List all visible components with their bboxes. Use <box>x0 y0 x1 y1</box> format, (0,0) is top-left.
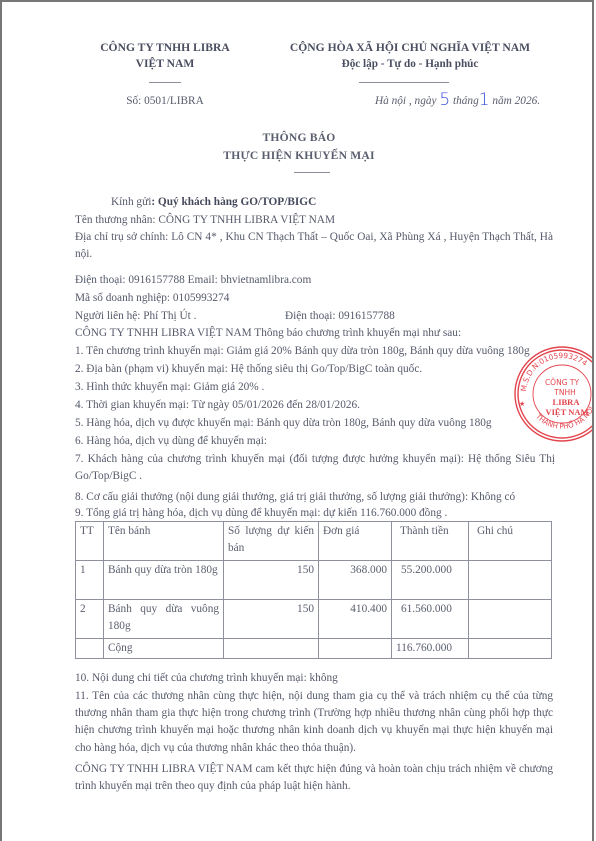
merchant-name: Tên thương nhân: CÔNG TY TNHH LIBRA VIỆT… <box>75 212 335 229</box>
row-quantity: 150 <box>224 600 319 639</box>
row-product-name: Bánh quy dừa tròn 180g <box>104 561 224 600</box>
item-4-period: 4. Thời gian khuyến mại: Từ ngày 05/01/2… <box>75 397 360 414</box>
item-7-customers: 7. Khách hàng của chương trình khuyến mạ… <box>75 451 555 485</box>
header-unit-price: Đơn giá <box>319 522 392 561</box>
sum-total: 116.760.000 <box>392 639 469 659</box>
date-month-label: tháng <box>453 95 479 107</box>
row-quantity: 150 <box>224 561 319 600</box>
contact-person: Người liên hệ: Phí Thị Út . <box>75 308 196 325</box>
row-note <box>469 561 552 600</box>
date-month-handwritten: 1 <box>479 90 490 110</box>
greeting: Kính gửi: Quý khách hàng GO/TOP/BIGC <box>111 194 316 211</box>
row-amount: 61.560.000 <box>392 600 469 639</box>
company-name-line1: CÔNG TY TNHH LIBRA <box>70 39 260 56</box>
table-row: 2 Bánh quy dừa vuông 180g 150 410.400 61… <box>76 600 552 639</box>
right-header-divider <box>359 82 449 83</box>
seal-star-icon: ★ <box>519 400 525 408</box>
item-3-form: 3. Hình thức khuyến mại: Giảm giá 20% . <box>75 379 264 396</box>
title-divider <box>294 172 330 173</box>
table-sum-row: Cộng 116.760.000 <box>76 639 552 659</box>
seal-center-line2: TNHH <box>553 388 575 397</box>
greeting-label: Kính gửi <box>111 196 151 208</box>
item-6-promo-goods: 6. Hàng hóa, dịch vụ dùng để khuyến mại: <box>75 433 267 450</box>
date-year: năm 2026. <box>492 95 540 107</box>
left-header-divider <box>149 82 181 83</box>
company-seal-stamp: M.S.D.N:0105993274 THÀNH PHỐ HÀ NỘI ★ CÔ… <box>512 344 594 444</box>
contact-phone: Điện thoại: 0916157788 <box>285 308 395 325</box>
header-note: Ghi chú <box>469 522 552 561</box>
row-note <box>469 600 552 639</box>
header-product-name: Tên bánh <box>104 522 224 561</box>
row-tt: 1 <box>76 561 104 600</box>
header-quantity: Số lượng dự kiến bán <box>224 522 319 561</box>
title-line2: THỰC HIỆN KHUYẾN MẠI <box>2 147 594 164</box>
sum-note-empty <box>469 639 552 659</box>
announcement-line: CÔNG TY TNHH LIBRA VIỆT NAM Thông báo ch… <box>75 325 461 342</box>
item-11-co-merchants: 11. Tên của các thương nhân cùng thực hi… <box>75 688 553 757</box>
phone-email: Điện thoại: 0916157788 Email: bhvietnaml… <box>75 272 311 289</box>
seal-center-line1: CÔNG TY <box>545 378 580 387</box>
row-amount: 55.200.000 <box>392 561 469 600</box>
row-tt: 2 <box>76 600 104 639</box>
item-8-prize-structure: 8. Cơ cấu giải thưởng (nội dung giải thư… <box>75 489 515 506</box>
seal-center-line4: VIỆT NAM <box>545 407 588 417</box>
commitment-statement: CÔNG TY TNHH LIBRA VIỆT NAM cam kết thực… <box>75 761 553 795</box>
item-5-promoted-goods: 5. Hàng hóa, dịch vụ được khuyến mại: Bá… <box>75 415 492 432</box>
date-day-handwritten: 5 <box>439 90 450 110</box>
seal-center-line3: LIBRA <box>553 397 581 407</box>
title-line1: THÔNG BÁO <box>2 129 594 146</box>
sum-qty-empty <box>224 639 319 659</box>
row-unit-price: 368.000 <box>319 561 392 600</box>
item-9-total-value: 9. Tổng giá trị hàng hóa, dịch vụ dùng đ… <box>75 505 447 522</box>
table-row: 1 Bánh quy dừa tròn 180g 150 368.000 55.… <box>76 561 552 600</box>
item-10-details: 10. Nội dung chi tiết của chương trình k… <box>75 670 338 687</box>
republic-title: CỘNG HÒA XÃ HỘI CHỦ NGHĨA VIỆT NAM <box>274 39 546 56</box>
header-tt: TT <box>76 522 104 561</box>
head-office-address: Địa chỉ trụ sở chính: Lô CN 4* , Khu CN … <box>75 229 553 263</box>
row-product-name: Bánh quy dừa vuông 180g <box>104 600 224 639</box>
row-unit-price: 410.400 <box>319 600 392 639</box>
table-header-row: TT Tên bánh Số lượng dự kiến bán Đơn giá… <box>76 522 552 561</box>
national-motto: Độc lập - Tự do - Hạnh phúc <box>274 56 546 73</box>
header-amount: Thành tiền <box>392 522 469 561</box>
item-2-scope: 2. Địa bàn (phạm vi) khuyến mại: Hệ thốn… <box>75 361 422 378</box>
sum-price-empty <box>319 639 392 659</box>
tax-code: Mã số doanh nghiệp: 0105993274 <box>75 290 229 307</box>
document-number: Số: 0501/LIBRA <box>70 93 260 110</box>
document-page: CÔNG TY TNHH LIBRA VIỆT NAM Số: 0501/LIB… <box>0 0 594 841</box>
item-1-program-name: 1. Tên chương trình khuyến mại: Giảm giá… <box>75 343 530 360</box>
sum-label: Cộng <box>104 639 224 659</box>
date-prefix: Hà nội , ngày <box>375 95 437 107</box>
company-name-line2: VIỆT NAM <box>70 55 260 72</box>
sum-tt-empty <box>76 639 104 659</box>
product-table: TT Tên bánh Số lượng dự kiến bán Đơn giá… <box>75 521 552 659</box>
greeting-recipient: : Quý khách hàng GO/TOP/BIGC <box>151 196 316 208</box>
document-date: Hà nội , ngày 5 tháng1 năm 2026. <box>375 91 540 110</box>
